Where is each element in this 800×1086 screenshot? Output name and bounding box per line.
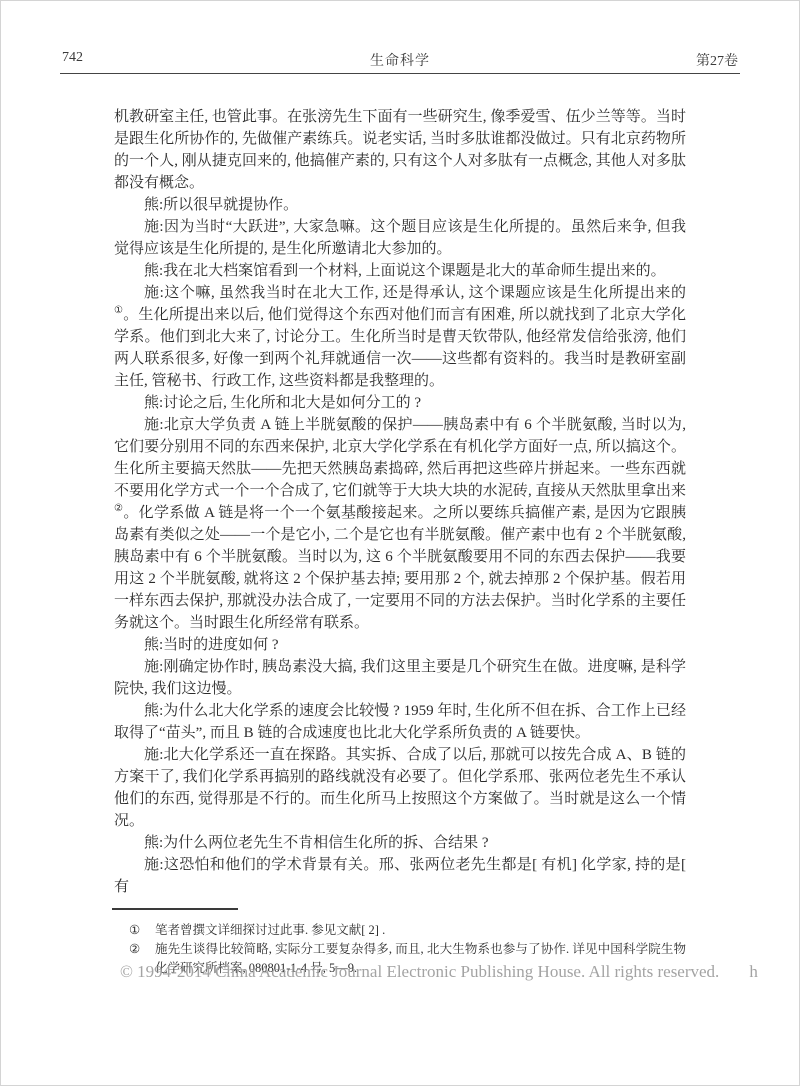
header-rule: [60, 73, 740, 74]
paragraph-1: 机教研室主任, 也管此事。在张滂先生下面有一些研究生, 像季爱雪、伍少兰等等。当…: [114, 106, 686, 194]
copyright-text: © 1994-2014 China Academic Journal Elect…: [120, 962, 719, 981]
footnote-text: 笔者曾撰文详细探讨过此事. 参见文献[ 2] .: [155, 923, 385, 937]
footnote-marker: ②: [129, 940, 140, 959]
journal-title: 生命科学: [62, 50, 738, 70]
copyright-suffix: h: [749, 962, 758, 981]
paragraph-9: 施:刚确定协作时, 胰岛素没大搞, 我们这里主要是几个研究生在做。进度嘛, 是科…: [114, 656, 686, 700]
scanned-journal-page: { "header": { "page_number": "742", "jou…: [0, 0, 800, 1086]
paragraph-12: 熊:为什么两位老先生不肯相信生化所的拆、合结果 ?: [114, 832, 686, 854]
paragraph-5: 施:这个嘛, 虽然我当时在北大工作, 还是得承认, 这个课题应该是生化所提出来的…: [114, 282, 686, 392]
footnote-marker: ①: [129, 921, 140, 940]
paragraph-7: 施:北京大学负责 A 链上半胱氨酸的保护——胰岛素中有 6 个半胱氨酸, 当时以…: [114, 414, 686, 634]
footnote-ref: ②: [114, 503, 123, 514]
paragraph-3: 施:因为当时“大跃进”, 大家急嘛。这个题目应该是生化所提的。虽然后来争, 但我…: [114, 216, 686, 260]
paragraph-13: 施:这恐怕和他们的学术背景有关。邢、张两位老先生都是[ 有机] 化学家, 持的是…: [114, 854, 686, 898]
footnote-1: ①笔者曾撰文详细探讨过此事. 参见文献[ 2] .: [114, 921, 686, 940]
footnote-separator: [112, 908, 238, 910]
paragraph-6: 熊:讨论之后, 生化所和北大是如何分工的 ?: [114, 392, 686, 414]
paragraph-8: 熊:当时的进度如何 ?: [114, 634, 686, 656]
paragraph-2: 熊:所以很早就提协作。: [114, 194, 686, 216]
footnote-ref: ①: [114, 305, 123, 316]
article-body: 机教研室主任, 也管此事。在张滂先生下面有一些研究生, 像季爱雪、伍少兰等等。当…: [114, 106, 686, 898]
copyright-watermark: © 1994-2014 China Academic Journal Elect…: [120, 961, 790, 983]
paragraph-4: 熊:我在北大档案馆看到一个材料, 上面说这个课题是北大的革命师生提出来的。: [114, 260, 686, 282]
paragraph-11: 施:北大化学系还一直在探路。其实拆、合成了以后, 那就可以按先合成 A、B 链的…: [114, 744, 686, 832]
page-header: 742 生命科学 第27卷: [62, 50, 738, 68]
paragraph-10: 熊:为什么北大化学系的速度会比较慢 ? 1959 年时, 生化所不但在拆、合工作…: [114, 700, 686, 744]
volume-label: 第27卷: [696, 50, 738, 70]
